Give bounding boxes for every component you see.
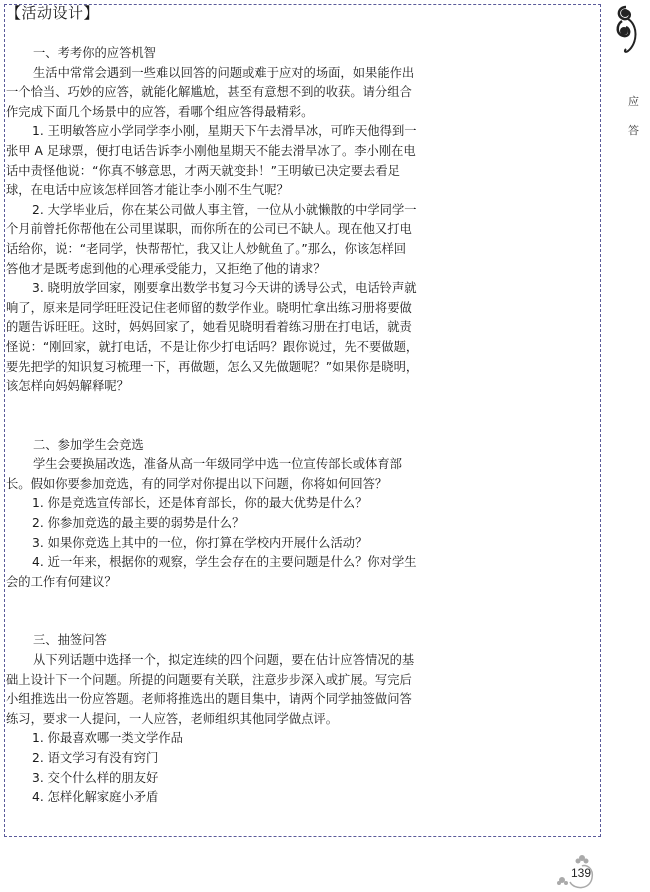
activity-title: 【活动设计】 [6,4,99,22]
scenario-line: 怪说：“刚回家，就打电话，不是让你少打电话吗？跟你说过，先不要做题， [6,338,366,358]
scenario-line: 话中责怪他说：“你真不够意思，才两天就变卦！”王明敏已决定要去看足 [6,162,366,182]
paragraph-line: 从下列话题中选择一个，拟定连续的四个问题，要在估计应答情况的基 [6,651,366,671]
scenario-line: 的题告诉旺旺。这时，妈妈回家了，她看见晓明看着练习册在打电话，就责 [6,318,366,338]
paragraph-line: 长。假如你要参加竞选，有的同学对你提出以下问题，你将如何回答？ [6,475,366,495]
section-heading: 二、参加学生会竞选 [6,436,366,456]
paragraph-line: 学生会要换届改选，准备从高一年级同学中选一位宣传部长或体育部 [6,455,366,475]
scenario-line: 要先把学的知识复习梳理一下，再做题，怎么又先做题呢？”如果你是晓明， [6,358,366,378]
question-line: 4. 近一年来，根据你的观察，学生会存在的主要问题是什么？你对学生 [6,553,366,573]
paragraph-line: 作完成下面几个场景中的应答，看哪个组应答得最精彩。 [6,103,366,123]
scenario-line: 张甲 A 足球票，便打电话告诉李小刚他星期天不能去滑旱冰了。李小刚在电 [6,142,366,162]
topic-line: 3. 交个什么样的朋友好 [6,769,366,789]
scenario-line: 2. 大学毕业后，你在某公司做人事主管，一位从小就懒散的中学同学一 [6,201,366,221]
scenario-line: 该怎样向妈妈解释呢？ [6,377,366,397]
topic-line: 1. 你最喜欢哪一类文学作品 [6,729,366,749]
page-number: 139 [571,866,591,880]
document-body: 一、考考你的应答机智 生活中常常会遇到一些难以回答的问题或难于应对的场面，如果能… [6,44,366,808]
section-heading: 一、考考你的应答机智 [6,44,366,64]
section-heading: 三、抽签问答 [6,631,366,651]
question-line: 3. 如果你竞选上其中的一位，你打算在学校内开展什么活动？ [6,534,366,554]
topic-line: 2. 语文学习有没有窍门 [6,749,366,769]
scenario-line: 球，在电话中应该怎样回答才能让李小刚不生气呢？ [6,181,366,201]
scenario-line: 答他才是既考虑到他的心理承受能力，又拒绝了他的请求？ [6,260,366,280]
paragraph-line: 练习，要求一人提问，一人应答，老师组织其他同学做点评。 [6,710,366,730]
question-line: 会的工作有何建议？ [6,573,366,593]
question-line: 1. 你是竞选宣传部长，还是体育部长，你的最大优势是什么？ [6,494,366,514]
paragraph-line: 一个恰当、巧妙的应答，就能化解尴尬，甚至有意想不到的收获。请分组合 [6,83,366,103]
scenario-line: 1. 王明敏答应小学同学李小刚，星期天下午去滑旱冰，可昨天他得到一 [6,122,366,142]
paragraph-line: 小组推选出一份应答题。老师将推选出的题目集中，请两个同学抽签做问答 [6,690,366,710]
scenario-line: 3. 晓明放学回家，刚要拿出数学书复习今天讲的诱导公式，电话铃声就 [6,279,366,299]
side-label-char-1: 应 [628,93,639,109]
paragraph-line: 生活中常常会遇到一些难以回答的问题或难于应对的场面，如果能作出 [6,64,366,84]
scenario-line: 话给你，说：“老同学，快帮帮忙，我又让人炒鱿鱼了。”那么，你该怎样回 [6,240,366,260]
scenario-line: 响了，原来是同学旺旺没记住老师留的数学作业。晓明忙拿出练习册将要做 [6,299,366,319]
question-line: 2. 你参加竞选的最主要的弱势是什么？ [6,514,366,534]
side-label-char-2: 答 [628,122,639,138]
topic-line: 4. 怎样化解家庭小矛盾 [6,788,366,808]
paragraph-line: 础上设计下一个问题。所提的问题要有关联，注意步步深入或扩展。写完后 [6,671,366,691]
floral-ornament-icon [612,3,642,55]
scenario-line: 个月前曾托你帮他在公司里谋职，而你所在的公司已不缺人。现在他又打电 [6,220,366,240]
